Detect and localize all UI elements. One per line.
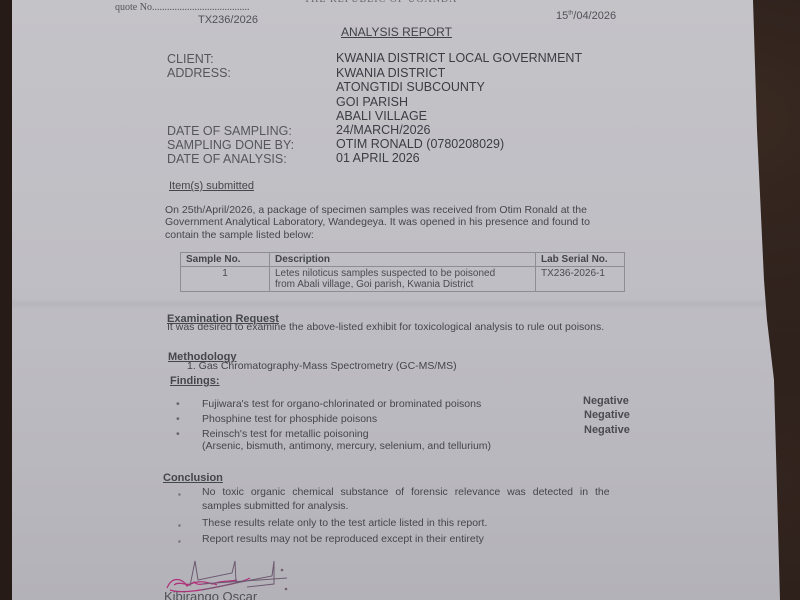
finding-item: Fujiwara's test for organo-chlorinated o… [202,398,481,411]
conclusion-heading: Conclusion [163,472,223,484]
conclusion-item: Report results may not be reproduced exc… [202,533,484,546]
methodology-item: 1. Gas Chromatography-Mass Spectrometry … [187,360,457,373]
findings-heading: Findings: [170,375,220,387]
analysis-date-label: DATE OF ANALYSIS: [167,152,287,166]
sampling-date-value: 24/MARCH/2026 [336,123,431,137]
lab-serial-number: TX236-2026-1 [536,267,625,292]
report-title: ANALYSIS REPORT [341,25,452,39]
sampled-by-label: SAMPLING DONE BY: [167,138,294,152]
examination-text: It was desired to examine the above-list… [167,321,604,334]
conclusion-item: No toxic organic chemical substance of f… [202,486,610,499]
client-value: KWANIA DISTRICT LOCAL GOVERNMENT [336,51,582,65]
analysis-report-document: THE REPUBLIC OF UGANDA quote No.........… [12,0,800,600]
finding-item: Phosphine test for phosphide poisons [202,413,377,426]
conclusion-item: These results relate only to the test ar… [202,517,487,530]
report-date: 15th/04/2026 [556,10,616,22]
items-paragraph-line: contain the sample listed below: [165,229,314,242]
col-lab-serial: Lab Serial No. [536,253,625,267]
quote-number-field: quote No................................… [115,2,249,13]
conclusion-item-continued: samples submitted for analysis. [202,500,348,513]
items-paragraph-line: Government Analytical Laboratory, Wandeg… [165,216,590,229]
address-label: ADDRESS: [167,66,231,80]
analysis-date-value: 01 APRIL 2026 [336,151,420,165]
address-line: GOI PARISH [336,95,408,109]
client-label: CLIENT: [167,52,214,66]
table-row: 1 Letes niloticus samples suspected to b… [181,267,625,292]
signatory-name: Kibirango Oscar [164,589,257,600]
republic-header: THE REPUBLIC OF UGANDA [304,0,457,5]
items-submitted-heading: Item(s) submitted [169,180,254,192]
finding-detail: (Arsenic, bismuth, antimony, mercury, se… [202,440,491,453]
sample-description: Letes niloticus samples suspected to be … [270,267,536,292]
col-description: Description [270,253,536,267]
address-line: KWANIA DISTRICT [336,66,445,80]
address-line: ATONGTIDI SUBCOUNTY [336,80,485,94]
col-sample-no: Sample No. [181,253,270,267]
sample-number: 1 [181,267,270,292]
sampling-date-label: DATE OF SAMPLING: [167,124,292,138]
reference-number: TX236/2026 [198,14,258,26]
finding-result: Negative [584,409,630,421]
samples-table: Sample No. Description Lab Serial No. 1 … [180,252,625,292]
sampled-by-value: OTIM RONALD (0780208029) [336,137,504,151]
address-line: ABALI VILLAGE [336,109,427,123]
finding-result: Negative [584,424,630,436]
finding-result: Negative [583,395,629,407]
